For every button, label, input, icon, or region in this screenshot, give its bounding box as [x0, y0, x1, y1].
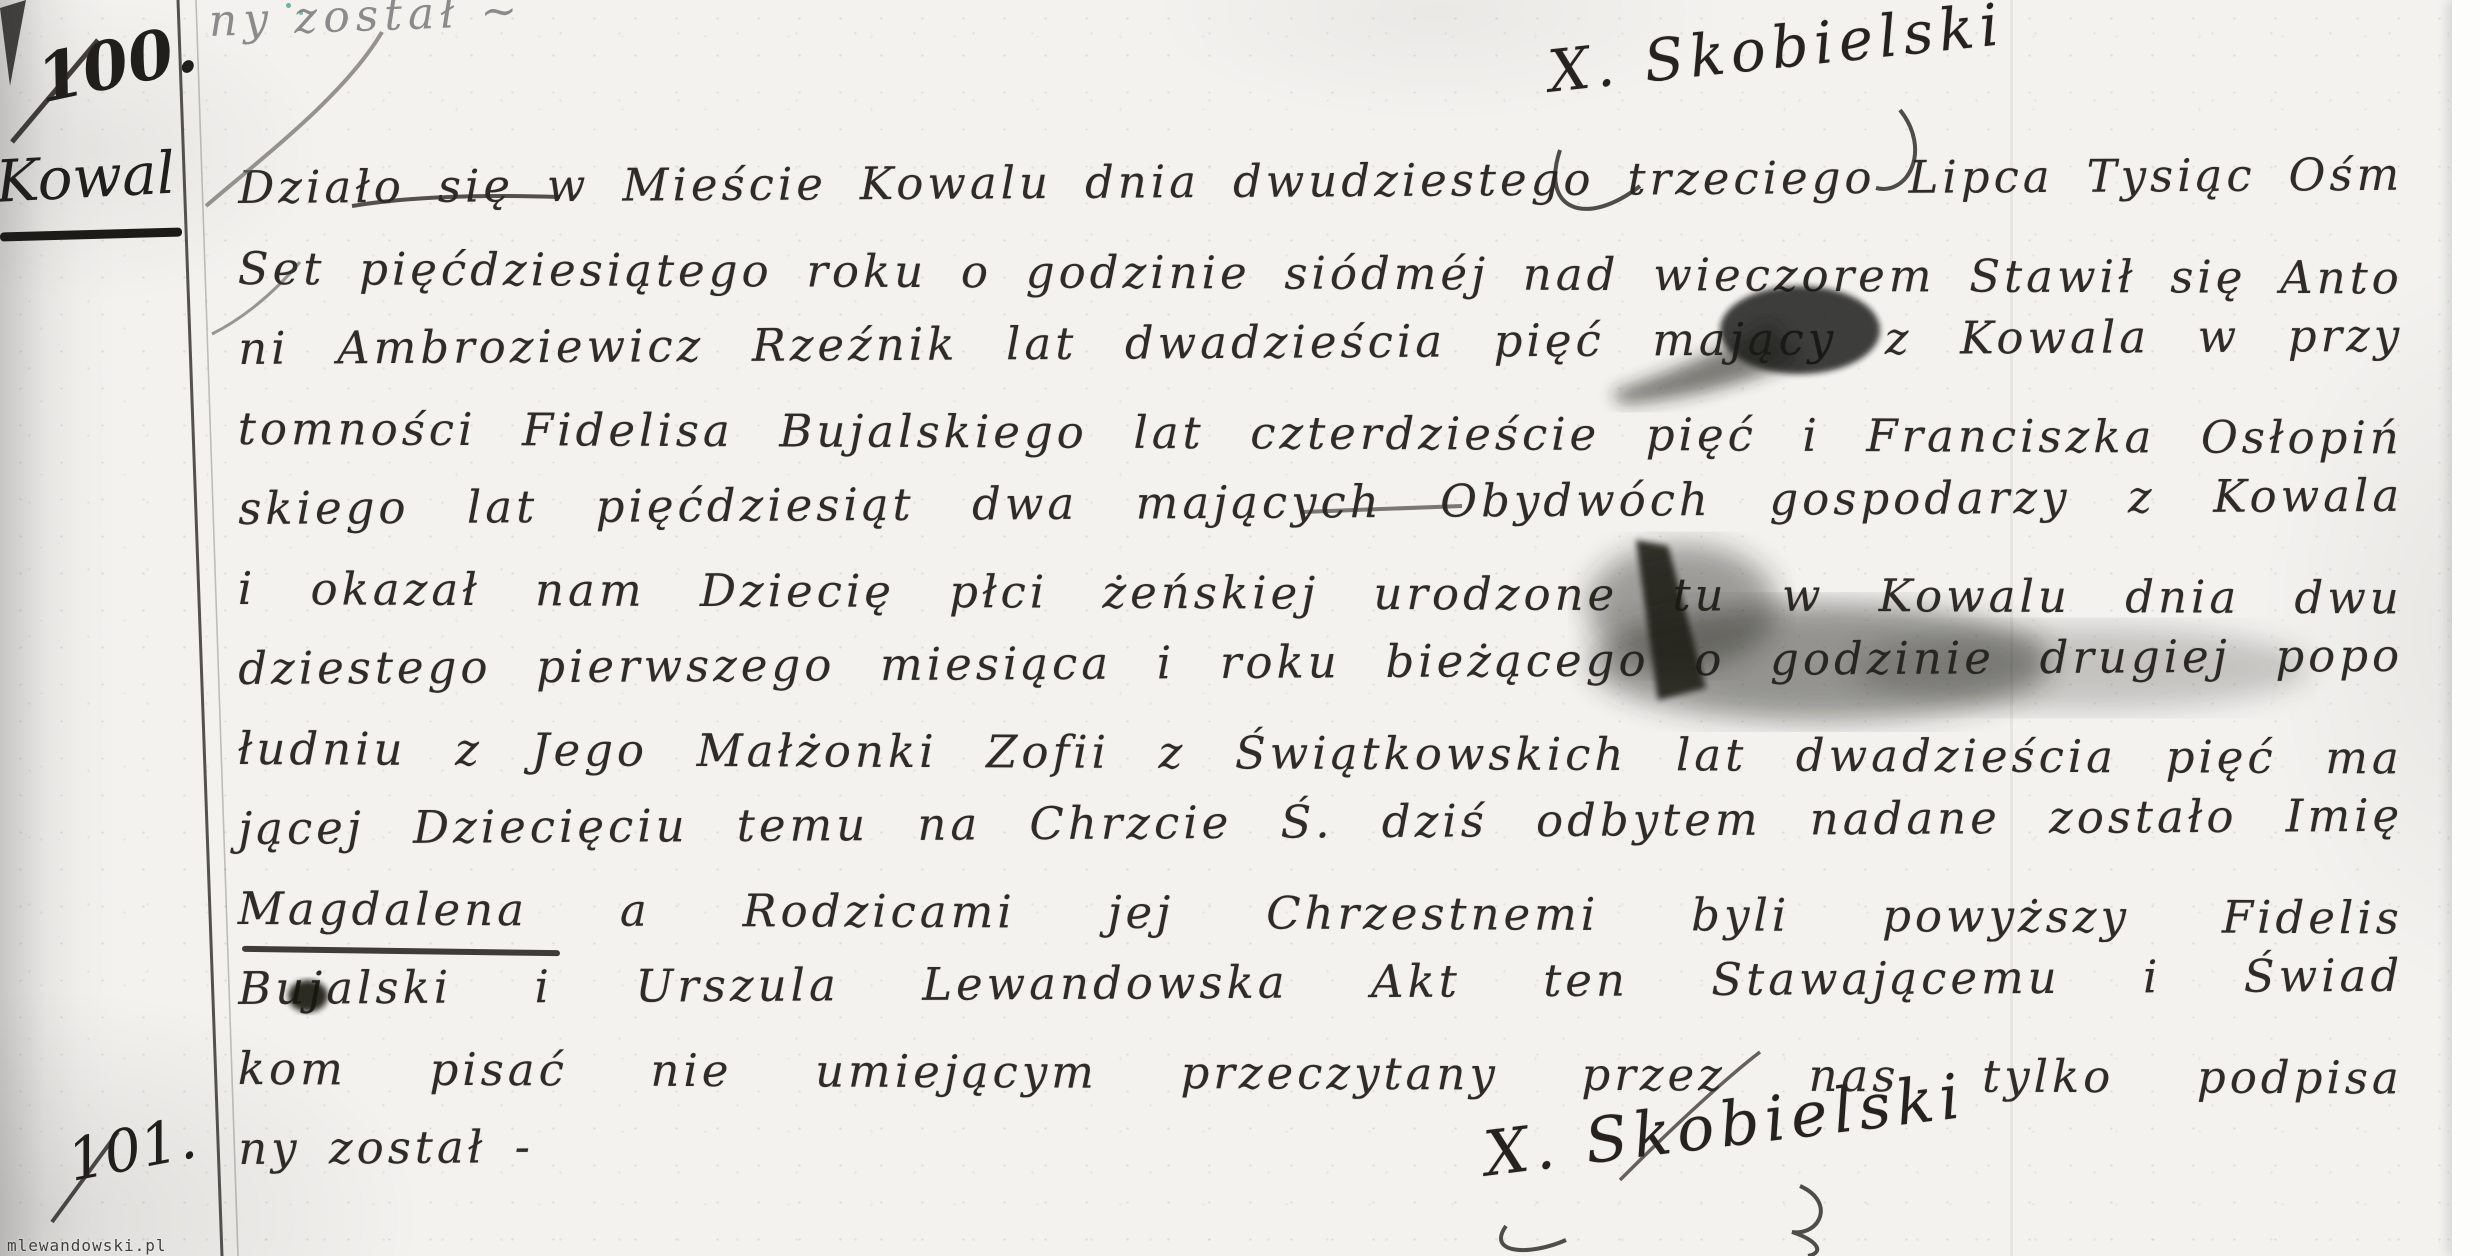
place-label: Kowal	[0, 139, 177, 216]
record-number-top: 100.	[30, 9, 203, 119]
margin-rule-line-echo	[196, 0, 238, 1256]
scanner-speck	[299, 11, 303, 15]
watermark: mlewandowski.pl	[7, 1236, 167, 1255]
body-line-1: Działo się w Mieście Kowalu dnia dwudzie…	[238, 137, 2403, 226]
scanner-speck	[286, 3, 291, 8]
scan-edge-strip	[2452, 0, 2480, 1256]
scanned-record-page: ny został ~ 100. Kowal X. Skobielski Dzi…	[0, 0, 2480, 1256]
body-line-5: skiego lat pięćdziesiąt dwa mających Oby…	[238, 458, 2403, 547]
body-line-3: ni Ambroziewicz Rzeźnik lat dwadzieścia …	[238, 298, 2403, 387]
margin-rule-line	[178, 0, 222, 1256]
signature-top: X. Skobielski	[1545, 0, 2008, 106]
body-line-9: jącej Dziecięciu temu na Chrzcie Ś. dziś…	[238, 778, 2403, 867]
corner-mark	[0, 0, 26, 86]
body-line-11: Bujalski i Urszula Lewandowska Akt ten S…	[238, 938, 2403, 1027]
signature-flourish-bottom	[1501, 1186, 1821, 1256]
body-line-7: dziestego pierwszego miesiąca i roku bie…	[238, 618, 2403, 707]
place-label-underline	[0, 227, 182, 241]
body-line-13: ny został -	[238, 1098, 2403, 1187]
record-number-bottom: 101.	[62, 1103, 202, 1194]
previous-record-ending: ny został ~	[208, 0, 524, 47]
